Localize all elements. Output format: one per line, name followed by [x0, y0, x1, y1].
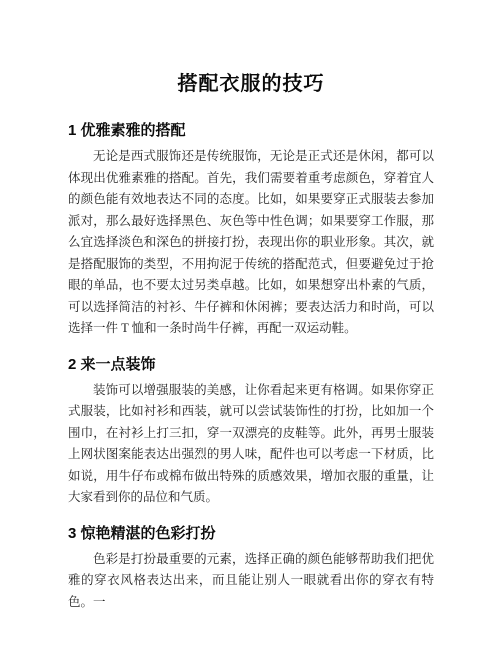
- section-decoration: 2 来一点装饰 装饰可以增强服装的美感，让你看起来更有格调。如果你穿正式服装，比…: [68, 356, 434, 509]
- document-page: 搭配衣服的技巧 1 优雅素雅的搭配 无论是西式服饰还是传统服饰，无论是正式还是休…: [0, 0, 502, 649]
- section-2-paragraph: 装饰可以增强服装的美感，让你看起来更有格调。如果你穿正式服装，比如衬衫和西装，就…: [68, 380, 434, 509]
- section-color-dress: 3 惊艳精湛的色彩打扮 色彩是打扮最重要的元素，选择正确的颜色能够帮助我们把优雅…: [68, 525, 434, 614]
- section-3-paragraph: 色彩是打扮最重要的元素，选择正确的颜色能够帮助我们把优雅的穿衣风格表达出来，而且…: [68, 549, 434, 614]
- section-elegant-match: 1 优雅素雅的搭配 无论是西式服饰还是传统服饰，无论是正式还是休闲，都可以体现出…: [68, 122, 434, 340]
- document-title: 搭配衣服的技巧: [68, 0, 434, 96]
- section-2-heading: 2 来一点装饰: [68, 356, 434, 374]
- section-3-heading: 3 惊艳精湛的色彩打扮: [68, 525, 434, 543]
- section-1-paragraph: 无论是西式服饰还是传统服饰，无论是正式还是休闲，都可以体现出优雅素雅的搭配。首先…: [68, 146, 434, 340]
- section-1-heading: 1 优雅素雅的搭配: [68, 122, 434, 140]
